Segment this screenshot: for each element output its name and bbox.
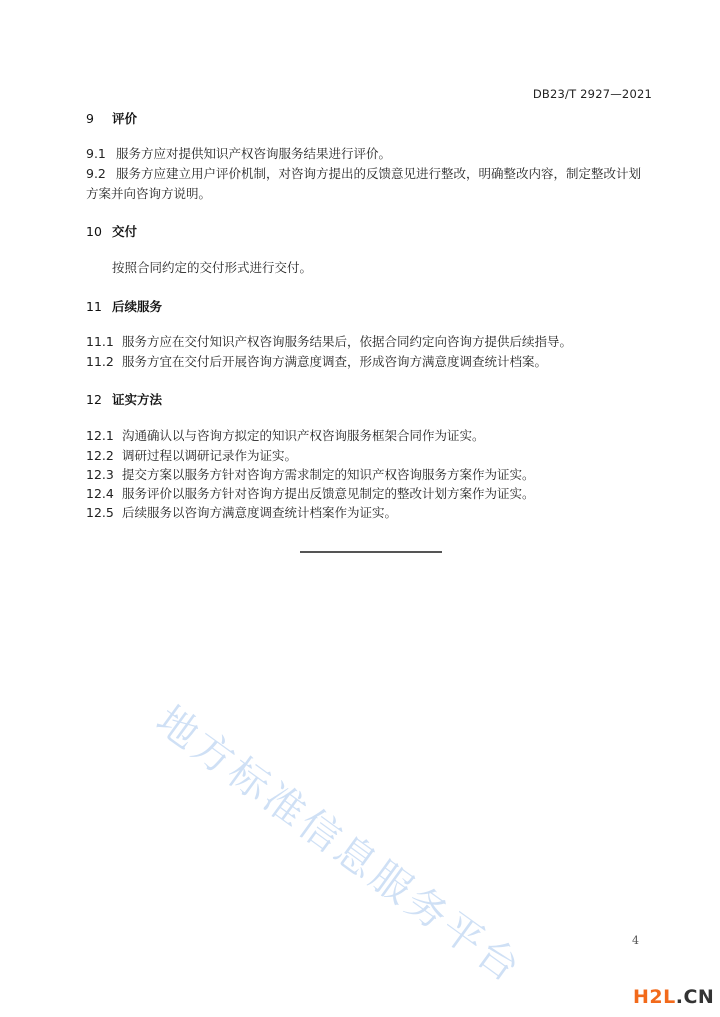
site-logo[interactable]: H2L.CN	[633, 986, 714, 1008]
watermark: 地方标准信息服务平台	[146, 690, 535, 995]
clause-12-2: 12.2调研过程以调研记录作为证实。	[86, 446, 656, 465]
end-of-document-rule	[300, 551, 442, 553]
section-title: 后续服务	[112, 299, 162, 314]
section-title: 证实方法	[112, 392, 162, 407]
clause-number: 12.5	[86, 503, 122, 522]
section-title: 评价	[112, 111, 137, 126]
clause-12-4: 12.4服务评价以服务方针对咨询方提出反馈意见制定的整改计划方案作为证实。	[86, 484, 656, 503]
section-heading-9: 9评价	[86, 109, 137, 127]
clause-number: 9.2	[86, 164, 116, 183]
clause-12-1: 12.1沟通确认以与咨询方拟定的知识产权咨询服务框架合同作为证实。	[86, 426, 656, 445]
section-number: 12	[86, 392, 112, 407]
section-heading-10: 10交付	[86, 222, 137, 240]
section-title: 交付	[112, 224, 137, 239]
clause-text-continuation: 方案并向咨询方说明。	[86, 186, 211, 201]
clause-9-1: 9.1服务方应对提供知识产权咨询服务结果进行评价。	[86, 144, 656, 163]
clause-9-2-continuation: 方案并向咨询方说明。	[86, 184, 656, 203]
section-heading-11: 11后续服务	[86, 297, 162, 315]
clause-9-2: 9.2服务方应建立用户评价机制，对咨询方提出的反馈意见进行整改，明确整改内容，制…	[86, 164, 656, 183]
clause-text: 沟通确认以与咨询方拟定的知识产权咨询服务框架合同作为证实。	[122, 428, 485, 443]
clause-number: 9.1	[86, 144, 116, 163]
clause-text: 服务方应建立用户评价机制，对咨询方提出的反馈意见进行整改，明确整改内容，制定整改…	[116, 166, 641, 181]
section-number: 10	[86, 224, 112, 239]
standard-code: DB23/T 2927—2021	[533, 87, 652, 101]
clause-text: 提交方案以服务方针对咨询方需求制定的知识产权咨询服务方案作为证实。	[122, 467, 535, 482]
logo-text-h2l: H2L	[633, 986, 676, 1008]
page-number: 4	[632, 934, 639, 947]
clause-text: 服务方应对提供知识产权咨询服务结果进行评价。	[116, 146, 391, 161]
clause-text: 服务方应在交付知识产权咨询服务结果后，依据合同约定向咨询方提供后续指导。	[122, 334, 572, 349]
clause-number: 12.3	[86, 465, 122, 484]
clause-text: 服务方宜在交付后开展咨询方满意度调查，形成咨询方满意度调查统计档案。	[122, 354, 547, 369]
clause-12-3: 12.3提交方案以服务方针对咨询方需求制定的知识产权咨询服务方案作为证实。	[86, 465, 656, 484]
clause-number: 12.2	[86, 446, 122, 465]
clause-11-2: 11.2服务方宜在交付后开展咨询方满意度调查，形成咨询方满意度调查统计档案。	[86, 352, 656, 371]
section-heading-12: 12证实方法	[86, 390, 162, 408]
clause-11-1: 11.1服务方应在交付知识产权咨询服务结果后，依据合同约定向咨询方提供后续指导。	[86, 332, 656, 351]
section-number: 11	[86, 299, 112, 314]
clause-number: 12.4	[86, 484, 122, 503]
logo-text-cn: .CN	[676, 986, 715, 1008]
clause-number: 11.1	[86, 332, 122, 351]
clause-text: 后续服务以咨询方满意度调查统计档案作为证实。	[122, 505, 397, 520]
section-10-paragraph: 按照合同约定的交付形式进行交付。	[112, 258, 312, 276]
clause-12-5: 12.5后续服务以咨询方满意度调查统计档案作为证实。	[86, 503, 656, 522]
clause-text: 服务评价以服务方针对咨询方提出反馈意见制定的整改计划方案作为证实。	[122, 486, 535, 501]
clause-number: 12.1	[86, 426, 122, 445]
clause-text: 调研过程以调研记录作为证实。	[122, 448, 297, 463]
section-number: 9	[86, 111, 112, 126]
clause-number: 11.2	[86, 352, 122, 371]
